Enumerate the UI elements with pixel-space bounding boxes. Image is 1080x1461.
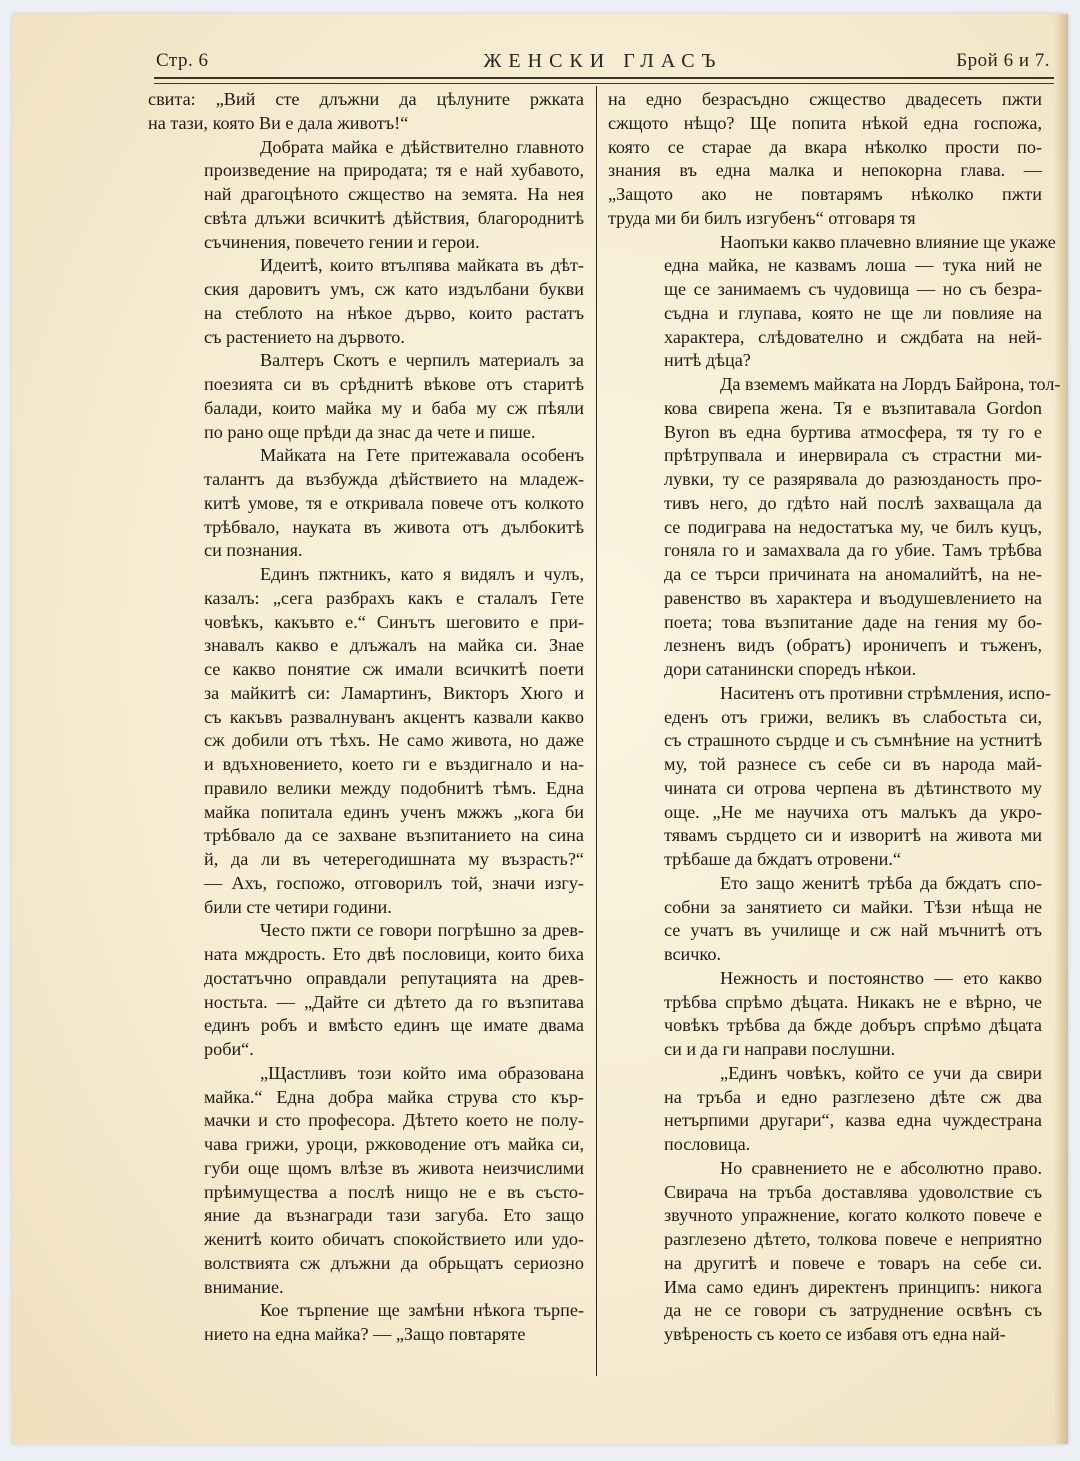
right-text-column: на едно безрасъдно сжщество двадесеть пж… [608, 88, 1042, 1347]
paragraph: свита: „Вий сте длъжни да цѣлуните ржкат… [148, 88, 584, 136]
text-line: по рано още прѣди да знас да чете и пише… [148, 421, 584, 445]
text-line: Наситенъ отъ противни стрѣмления, испо- [608, 682, 1042, 706]
paragraph: Добрата майка е дѣйствително главнотопро… [148, 136, 584, 255]
text-line: съ страшното сърдце и съ съмнѣние на уст… [608, 729, 1042, 753]
paragraph: Ето защо женитѣ трѣба да бждатъ спо-собн… [608, 872, 1042, 967]
text-line: свита: „Вий сте длъжни да цѣлуните ржкат… [148, 88, 584, 112]
text-line: нието на една майка? — „Защо повтаряте [148, 1323, 584, 1347]
paragraph: Наопъки какво плачевно влияние ще укажее… [608, 231, 1042, 374]
text-line: си познания. [148, 539, 584, 563]
text-line: ще се занимаемъ съ чудовища — но съ безр… [608, 278, 1042, 302]
paragraph: Кое търпение ще замѣни нѣкога търпе-ниет… [148, 1299, 584, 1347]
text-line: се подиграва на недостатъка му, че билъ … [608, 516, 1042, 540]
text-line: сж добили отъ тѣхъ. Не само живота, но д… [148, 729, 584, 753]
newspaper-title: ЖЕНСКИ ГЛАСЪ [152, 50, 1054, 73]
text-line: произведение на природата; тя е най хуба… [148, 159, 584, 183]
text-line: яние да възнагради тази загуба. Ето защо [148, 1204, 584, 1228]
column-divider [596, 86, 597, 1376]
text-line: достатъчно оправдали репутацията на древ… [148, 967, 584, 991]
text-line: равенство въ характера и въодушевлението… [608, 587, 1042, 611]
text-line: трѣбвало да се захване възпитанието на с… [148, 824, 584, 848]
text-line: за майкитѣ си: Ламартинъ, Викторъ Хюго и [148, 682, 584, 706]
paragraph: „Щастливъ този който има образованамайка… [148, 1062, 584, 1300]
text-line: трѣбва спрѣмо дѣцата. Никакъ не е вѣрно,… [608, 991, 1042, 1015]
text-line: Валтеръ Скотъ е черпилъ материалъ за [148, 349, 584, 373]
text-line: губи още щомъ влѣзе въ живота неизчислим… [148, 1157, 584, 1181]
text-line: Но сравнението не е абсолютно право. [608, 1157, 1042, 1181]
text-line: разглезено дѣтето, толкова повече е непр… [608, 1228, 1042, 1252]
text-line: — Ахъ, госпожо, отговорилъ той, значи из… [148, 872, 584, 896]
paragraph: Единъ пжтникъ, като я видялъ и чулъ,каза… [148, 563, 584, 919]
text-line: прѣимущества а послѣ нищо не е въ състо- [148, 1181, 584, 1205]
text-line: Единъ пжтникъ, като я видялъ и чулъ, [148, 563, 584, 587]
text-line: ната мждрость. Ето двѣ пословици, които … [148, 943, 584, 967]
paragraph: Наситенъ отъ противни стрѣмления, испо-е… [608, 682, 1042, 872]
header-double-rule [154, 77, 1054, 84]
text-line: дори сатанински споредъ нѣкои. [608, 658, 1042, 682]
text-line: да се търси причината на аномалийтѣ, на … [608, 563, 1042, 587]
text-line: Добрата майка е дѣйствително главното [148, 136, 584, 160]
text-line: човѣкъ трѣбва да бжде добъръ спрѣмо дѣца… [608, 1014, 1042, 1038]
text-line: ностьта. — „Дайте си дѣтето да го възпит… [148, 991, 584, 1015]
text-line: една майка, не казвамъ лоша — тука ний н… [608, 254, 1042, 278]
text-line: поезията си въ срѣднитѣ вѣкове отъ стари… [148, 373, 584, 397]
text-line: „Щастливъ този който има образована [148, 1062, 584, 1086]
text-line: да не се говори съ затруднение освѣнъ съ [608, 1299, 1042, 1323]
text-line: кова свирепа жена. Тя е възпитавала Gord… [608, 397, 1042, 421]
text-line: трѣбаше да бждатъ отровени.“ [608, 848, 1042, 872]
text-line: и вдъхновението, което ги е въздигнало и… [148, 753, 584, 777]
text-line: най драгоцѣното сжщество на земята. На н… [148, 183, 584, 207]
text-line: правило велики между подобнитѣ тѣмъ. Едн… [148, 777, 584, 801]
paragraph: „Единъ човѣкъ, който се учи да свирина т… [608, 1062, 1042, 1157]
text-line: женитѣ които обичатъ спокойствието или у… [148, 1228, 584, 1252]
text-line: роби“. [148, 1038, 584, 1062]
text-line: лезненъ видъ (обратъ) ироничепъ и тъженъ… [608, 634, 1042, 658]
text-line: на тази, която Ви е дала животъ!“ [148, 112, 584, 136]
text-line: знавалъ какво е длъжалъ на майка си. Зна… [148, 634, 584, 658]
text-line: прѣтрупвала и инервирала съ страстни ми- [608, 444, 1042, 468]
text-line: тивъ него, до гдѣто най послѣ захващала … [608, 492, 1042, 516]
text-line: съчинения, повечето гении и герои. [148, 231, 584, 255]
text-line: „Защото ако не повтарямъ нѣколко пжти [608, 183, 1042, 207]
text-line: Често пжти се говори погрѣшно за древ- [148, 919, 584, 943]
paragraph: Да вземемъ майката на Лордъ Байрона, тол… [608, 373, 1042, 682]
text-line: Нежность и постоянство — ето какво [608, 967, 1042, 991]
text-line: казалъ: „сега разбрахъ какъ е сталалъ Ге… [148, 587, 584, 611]
paragraph: Валтеръ Скотъ е черпилъ материалъ запоез… [148, 349, 584, 444]
text-line: Наопъки какво плачевно влияние ще укаже [608, 231, 1042, 255]
text-line: били сте четири години. [148, 896, 584, 920]
text-line: Свирача на тръба доставлява удоволствие … [608, 1181, 1042, 1205]
page-header: Стр. 6 ЖЕНСКИ ГЛАСЪ Брой 6 и 7. [152, 50, 1054, 74]
text-line: волствията сж длъжни да обрьщатъ сериозн… [148, 1252, 584, 1276]
text-line: свѣта длъжи всичкитѣ дѣйствия, благородн… [148, 207, 584, 231]
text-line: собни за занятието си майки. Тѣзи нѣща н… [608, 896, 1042, 920]
text-line: човѣкъ, какъвто е.“ Синътъ шеговито е пр… [148, 611, 584, 635]
text-line: лувки, ту се разярявала до разюзданость … [608, 468, 1042, 492]
text-line: гоняла го и замахвала да го убие. Тамъ т… [608, 539, 1042, 563]
text-line: Да вземемъ майката на Лордъ Байрона, тол… [608, 373, 1042, 397]
text-line: чината си отрова черпена въ дѣтинството … [608, 777, 1042, 801]
text-line: Идеитѣ, които втълпява майката въ дѣт- [148, 254, 584, 278]
text-line: знания въ една малка и непокорна глава. … [608, 159, 1042, 183]
paragraph: на едно безрасъдно сжщество двадесеть пж… [608, 88, 1042, 231]
text-line: на другитѣ и повече е товаръ на себе си. [608, 1252, 1042, 1276]
text-line: съ какъвъ развалнуванъ акцентъ казвали к… [148, 706, 584, 730]
text-line: еденъ отъ грижи, великъ въ слабостьта си… [608, 706, 1042, 730]
paragraph: Но сравнението не е абсолютно право.Свир… [608, 1157, 1042, 1347]
left-text-column: свита: „Вий сте длъжни да цѣлуните ржкат… [148, 88, 584, 1347]
text-line: нитѣ дѣца? [608, 349, 1042, 373]
text-line: ския даровитъ умъ, сж като издълбани бук… [148, 278, 584, 302]
text-line: се учатъ въ училище и сж най мъчнитѣ отъ [608, 919, 1042, 943]
text-line: всичко. [608, 943, 1042, 967]
text-line: увѣреность съ което се избавя отъ една н… [608, 1323, 1042, 1347]
text-line: труда ми би билъ изгубенъ“ отговаря тя [608, 207, 1042, 231]
text-line: на едно безрасъдно сжщество двадесеть пж… [608, 88, 1042, 112]
text-line: звучното упражнение, когато колкото пове… [608, 1204, 1042, 1228]
text-line: си и да ги направи послушни. [608, 1038, 1042, 1062]
text-line: още. „Не ме научиха отъ малъкъ да укро- [608, 801, 1042, 825]
text-line: Има само единъ директенъ принципъ: никог… [608, 1276, 1042, 1300]
text-line: майка попитала единъ ученъ мжжъ „кога би [148, 801, 584, 825]
text-line: внимание. [148, 1276, 584, 1300]
text-line: талантъ да възбужда дѣйствието на младеж… [148, 468, 584, 492]
paragraph: Майката на Гете притежавала особенъталан… [148, 444, 584, 563]
text-line: съдна и глупава, която не ще ли повлияе … [608, 302, 1042, 326]
text-line: трѣбвало, науката въ живота отъ дълбокит… [148, 516, 584, 540]
text-line: Byron въ една буртива атмосфера, тя ту г… [608, 421, 1042, 445]
paragraph: Идеитѣ, които втълпява майката въ дѣт-ск… [148, 254, 584, 349]
text-line: му, той разнесе съ себе си въ народа май… [608, 753, 1042, 777]
text-line: Ето защо женитѣ трѣба да бждатъ спо- [608, 872, 1042, 896]
text-line: Майката на Гете притежавала особенъ [148, 444, 584, 468]
text-line: на стеблото на нѣкое дърво, които растат… [148, 302, 584, 326]
paragraph: Нежность и постоянство — ето каквотрѣбва… [608, 967, 1042, 1062]
text-line: мачки и сто професора. Дѣтето което не п… [148, 1109, 584, 1133]
text-line: китѣ умове, тя е откривала повече отъ ко… [148, 492, 584, 516]
text-line: поета; това възпитание даде на гения му … [608, 611, 1042, 635]
text-line: чава грижи, уроци, ржководение отъ майка… [148, 1133, 584, 1157]
issue-number: Брой 6 и 7. [956, 50, 1050, 72]
text-line: на тръба и едно разглезено дѣте сж два [608, 1086, 1042, 1110]
text-line: нетърпими другари“, казва една чуждестра… [608, 1109, 1042, 1133]
text-line: тявамъ сърдцето си и изворитѣ на живота … [608, 824, 1042, 848]
text-line: й, да ли въ четерегодишната му възрасть?… [148, 848, 584, 872]
text-line: се какво понятие сж имали всичкитѣ поети [148, 658, 584, 682]
text-line: сжщото нѣщо? Ще попита нѣкой една госпож… [608, 112, 1042, 136]
text-line: Кое търпение ще замѣни нѣкога търпе- [148, 1299, 584, 1323]
text-line: която се старае да вкара нѣколко прости … [608, 136, 1042, 160]
text-line: характера, слѣдователно и сждбата на ней… [608, 326, 1042, 350]
paragraph: Често пжти се говори погрѣшно за древ-на… [148, 919, 584, 1062]
text-line: единъ робъ и вмѣсто единъ ще имате двама [148, 1014, 584, 1038]
text-line: „Единъ човѣкъ, който се учи да свири [608, 1062, 1042, 1086]
text-line: пословица. [608, 1133, 1042, 1157]
text-line: майка.“ Една добра майка струва сто кър- [148, 1086, 584, 1110]
text-line: балади, които майка му и баба му сж пѣял… [148, 397, 584, 421]
text-line: съ растението на дървото. [148, 326, 584, 350]
